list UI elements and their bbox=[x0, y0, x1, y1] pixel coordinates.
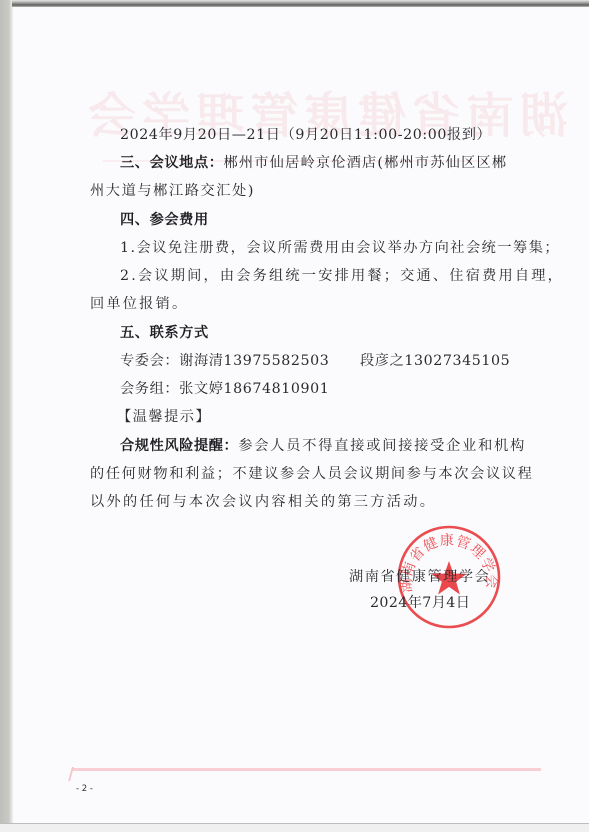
page-number: - 2 - bbox=[76, 784, 93, 794]
footer-line-mark bbox=[68, 767, 82, 781]
document-page: 湖南省健康管理学会 2024年9月20日—21日（9月20日11:00-20:0… bbox=[13, 7, 589, 823]
contact-committee-2: 段彦之13027345105 bbox=[360, 350, 510, 370]
fee-item-1: 1.会议免注册费，会议所需费用由会议举办方向社会统一筹集； bbox=[120, 237, 560, 257]
compliance-line-1: 合规性风险提醒：参会人员不得直接或间接接受企业和机构 bbox=[120, 435, 526, 455]
compliance-line-2: 的任何财物和利益；不建议参会人员会议期间参与本次会议议程 bbox=[90, 463, 533, 483]
footer-area bbox=[13, 707, 589, 823]
venue-text: 郴州市仙居岭京伦酒店(郴州市苏仙区区郴 bbox=[224, 155, 508, 171]
signature-date: 2024年7月4日 bbox=[370, 592, 470, 612]
fees-heading: 四、参会费用 bbox=[120, 209, 209, 229]
compliance-text-1: 参会人员不得直接或间接接受企业和机构 bbox=[238, 438, 526, 454]
contact-committee: 专委会：谢海清13975582503 bbox=[120, 350, 329, 370]
compliance-line-3: 以外的任何与本次会议内容相关的第三方活动。 bbox=[90, 491, 436, 511]
top-page-edge bbox=[12, 0, 589, 7]
meeting-date-line: 2024年9月20日—21日（9月20日11:00-20:00报到） bbox=[120, 124, 491, 144]
contact-heading: 五、联系方式 bbox=[120, 322, 209, 342]
compliance-label: 合规性风险提醒： bbox=[120, 438, 238, 454]
contact-affairs: 会务组：张文婷18674810901 bbox=[120, 378, 329, 398]
venue-heading: 三、会议地点： bbox=[120, 155, 224, 171]
venue-line-cont: 州大道与郴江路交汇处) bbox=[90, 180, 255, 200]
tips-heading: 【温馨提示】 bbox=[117, 406, 211, 426]
bottom-page-edge bbox=[0, 823, 589, 832]
fee-item-2-cont: 回单位报销。 bbox=[90, 293, 188, 313]
fee-item-2: 2.会议期间，由会务组统一安排用餐；交通、住宿费用自理， bbox=[120, 265, 564, 285]
venue-line: 三、会议地点：郴州市仙居岭京伦酒店(郴州市苏仙区区郴 bbox=[120, 152, 507, 172]
footer-red-line bbox=[73, 768, 541, 771]
left-page-edge bbox=[0, 0, 13, 832]
signature-organization: 湖南省健康管理学会 bbox=[349, 566, 490, 586]
